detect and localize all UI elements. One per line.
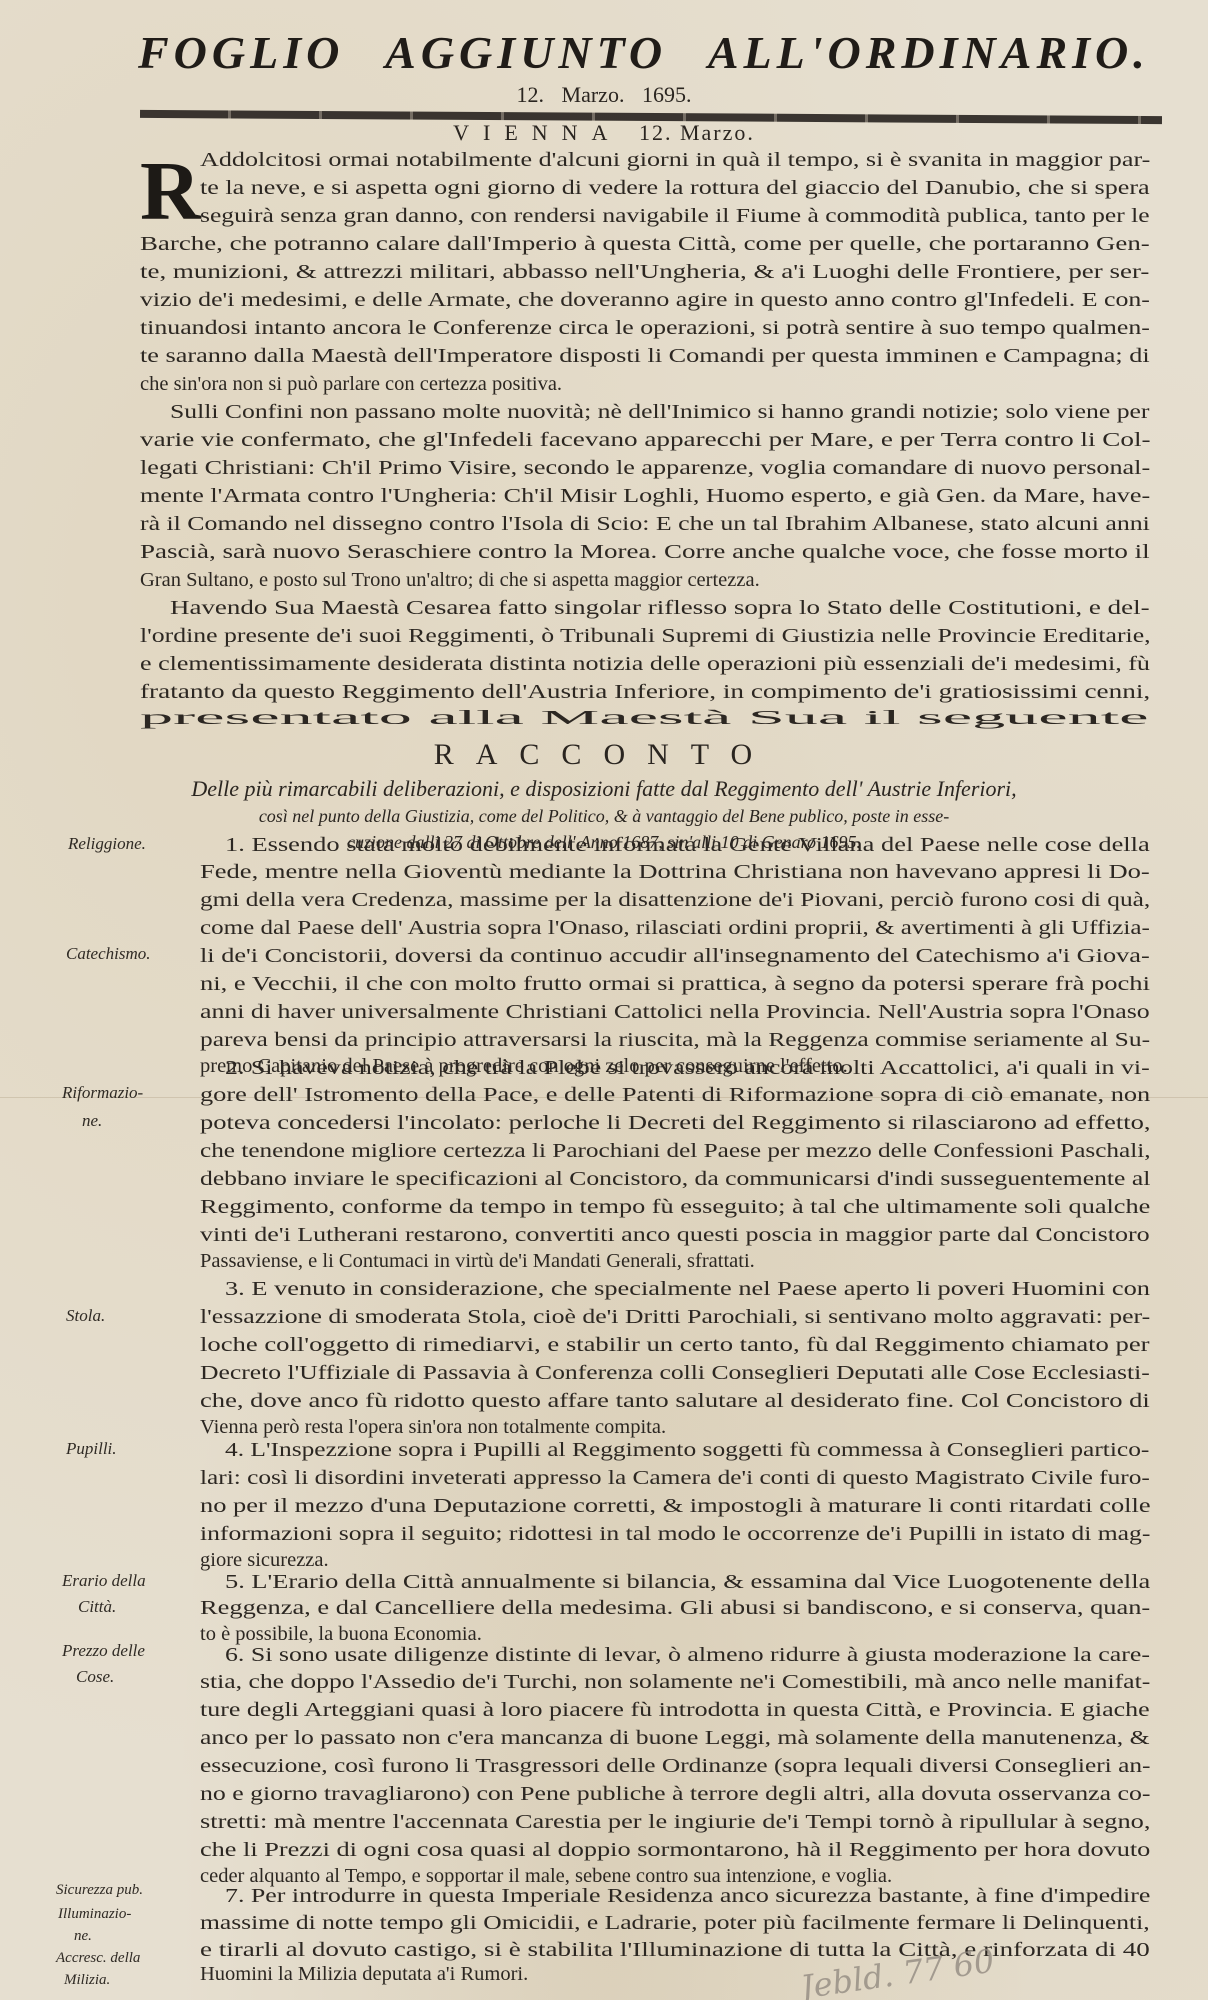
text-line: l'ordine presente de'i suoi Reggimenti, … <box>140 626 1151 647</box>
text-line: che sin'ora non si può parlare con certe… <box>140 374 562 395</box>
text-line: no e giorno travagliarono) con Pene publ… <box>200 1784 1150 1805</box>
margin-note-sicurezza: Sicurezza pub. <box>56 1883 143 1898</box>
text-line: seguirà senza gran danno, con rendersi n… <box>200 206 1150 227</box>
text-line: 5. L'Erario della Città annualmente si b… <box>225 1572 1150 1593</box>
text-line: che, dove anco fù ridotto questo affare … <box>200 1391 1150 1412</box>
margin-note-cose: Cose. <box>76 1668 114 1685</box>
issue-date: 12. Marzo. 1695. <box>0 82 1208 108</box>
text-line: varie vie confermato, che gl'Infedeli fa… <box>140 430 1151 451</box>
text-line: Reggimento, conforme da tempo in tempo f… <box>200 1197 1150 1218</box>
text-line: 7. Per introdurre in questa Imperiale Re… <box>225 1886 1150 1907</box>
text-line: te saranno dalla Maestà dell'Imperatore … <box>140 346 1150 367</box>
text-line: Pascià, sarà nuovo Seraschiere contro la… <box>140 542 1150 563</box>
text-line: ceder alquanto al Tempo, e sopportar il … <box>200 1866 892 1887</box>
text-line: lari: così li disordini inveterati appre… <box>200 1468 1150 1489</box>
text-line: Reggenza, e dal Cancelliere della medesi… <box>200 1598 1150 1619</box>
text-line: rà il Comando nel dissegno contro l'Isol… <box>140 514 1150 535</box>
text-line: li de'i Concistorii, doversi da continuo… <box>200 946 1150 967</box>
text-line: massime di notte tempo gli Omicidii, e L… <box>200 1913 1150 1934</box>
text-line: mente l'Armata contro l'Ungheria: Ch'il … <box>140 486 1150 507</box>
masthead-title: FOGLIO AGGIUNTO ALL'ORDINARIO. <box>138 26 1168 79</box>
text-line: e clementissimamente desiderata distinta… <box>140 654 1150 675</box>
text-line: anni di haver universalmente Christiani … <box>200 1002 1150 1023</box>
text-line: giore sicurezza. <box>200 1550 329 1571</box>
margin-note-riformazione-cont: ne. <box>82 1112 102 1129</box>
text-line: stretti: mà mentre l'accennata Carestia … <box>200 1812 1150 1833</box>
text-line: 3. E venuto in considerazione, che speci… <box>225 1279 1150 1300</box>
text-line: gmi della vera Credenza, massime per la … <box>200 890 1150 911</box>
text-line: 4. L'Inspezzione sopra i Pupilli al Regg… <box>225 1440 1149 1461</box>
text-line: to è possibile, la buona Economia. <box>200 1624 482 1645</box>
drop-cap: R <box>140 150 201 234</box>
text-line: Decreto l'Uffiziale di Passavia à Confer… <box>200 1363 1150 1384</box>
margin-note-catechismo: Catechismo. <box>66 945 151 962</box>
racconto-subtitle-2: così nel punto della Giustizia, come del… <box>0 806 1208 827</box>
text-line: fratanto da questo Reggimento dell'Austr… <box>140 682 1150 703</box>
text-line: 2. Si haveva notizia, che trà la Plebe s… <box>225 1058 1150 1079</box>
margin-note-pupilli: Pupilli. <box>66 1440 117 1457</box>
text-line: che li Prezzi di ogni cosa quasi al dopp… <box>200 1840 1150 1861</box>
text-line: te la neve, e si aspetta ogni giorno di … <box>200 178 1150 199</box>
text-line: debbano inviare le specificazioni al Con… <box>200 1169 1150 1190</box>
text-line: te, munizioni, & attrezzi militari, abba… <box>140 262 1149 283</box>
racconto-subtitle-1: Delle più rimarcabili deliberazioni, e d… <box>0 776 1208 802</box>
text-line: Vienna però resta l'opera sin'ora non to… <box>200 1417 666 1438</box>
text-line: l'essazzione di smoderata Stola, cioè de… <box>200 1307 1150 1328</box>
margin-note-milizia: Milizia. <box>64 1973 110 1988</box>
text-line: vinti de'i Lutherani restarono, converti… <box>200 1225 1150 1246</box>
newspaper-page: FOGLIO AGGIUNTO ALL'ORDINARIO. 12. Marzo… <box>0 0 1208 2000</box>
text-line: 1. Essendo stata molto debilmente inform… <box>225 835 1150 856</box>
text-line: Fede, mentre nella Gioventù mediante la … <box>200 862 1150 883</box>
text-line: gore dell' Istromento della Pace, e dell… <box>200 1085 1150 1106</box>
text-line: legati Christiani: Ch'il Primo Visire, s… <box>140 458 1150 479</box>
margin-note-religgione: Religgione. <box>68 835 146 852</box>
text-line: pareva bensi da principio attraversarsi … <box>200 1030 1150 1051</box>
text-line: anco per lo passato non c'era mancanza d… <box>200 1728 1150 1749</box>
margin-note-riformazione: Riformazio- <box>62 1084 143 1101</box>
issue-year: 1695. <box>642 82 692 107</box>
text-line: come dal Paese dell' Austria sopra l'Ona… <box>200 918 1150 939</box>
text-line: e tirarli al dovuto castigo, si è stabil… <box>200 1940 1150 1961</box>
racconto-heading: RACCONTO <box>0 738 1208 772</box>
margin-note-illuminazione-cont: ne. <box>74 1929 92 1944</box>
text-line: presentato alla Maestà Sua il seguente <box>140 708 1148 729</box>
text-line: Passaviense, e li Contumaci in virtù de'… <box>200 1251 755 1272</box>
text-line: Huomini la Milizia deputata a'i Rumori. <box>200 1964 528 1985</box>
dateline-city: VIENNA <box>453 120 621 145</box>
text-line: Barche, che potranno calare dall'Imperio… <box>140 234 1150 255</box>
text-line: vizio de'i medesimi, e delle Armate, che… <box>140 290 1150 311</box>
text-line: tinuandosi intanto ancora le Conferenze … <box>140 318 1150 339</box>
issue-day: 12. <box>517 82 545 107</box>
text-line: loche coll'oggetto di rimediarvi, e stab… <box>200 1335 1150 1356</box>
text-line: Gran Sultano, e posto sul Trono un'altro… <box>140 570 760 591</box>
margin-note-accresc: Accresc. della <box>56 1951 140 1966</box>
margin-note-prezzo: Prezzo delle <box>62 1642 145 1659</box>
dateline: VIENNA 12. Marzo. <box>0 120 1208 146</box>
text-line: ture degli Arteggiani quasi à loro piace… <box>200 1700 1150 1721</box>
text-line: Havendo Sua Maestà Cesarea fatto singola… <box>170 598 1150 619</box>
dateline-date: 12. Marzo. <box>639 120 755 145</box>
text-line: ni, e Vecchii, il che con molto frutto o… <box>200 974 1150 995</box>
issue-month: Marzo. <box>562 82 625 107</box>
text-line: Addolcitosi ormai notabilmente d'alcuni … <box>200 150 1150 171</box>
margin-note-stola: Stola. <box>66 1307 105 1324</box>
text-line: 6. Si sono usate diligenze distinte di l… <box>225 1645 1150 1666</box>
text-line: poteva concedersi l'incolato: perloche l… <box>200 1113 1150 1134</box>
margin-note-citta: Città. <box>78 1598 116 1615</box>
text-line: no per il mezzo d'una Deputazione corret… <box>200 1496 1151 1517</box>
margin-note-erario: Erario della <box>62 1572 146 1589</box>
text-line: essecuzione, così furono li Trasgressori… <box>200 1756 1151 1777</box>
text-line: informazioni sopra il seguito; ridottesi… <box>200 1524 1150 1545</box>
text-line: stia, che doppo l'Assedio de'i Turchi, n… <box>200 1672 1150 1693</box>
text-line: Sulli Confini non passano molte nuovità;… <box>170 402 1149 423</box>
text-line: che tenendone migliore certezza li Paroc… <box>200 1141 1151 1162</box>
margin-note-illuminazione: Illuminazio- <box>58 1907 131 1922</box>
